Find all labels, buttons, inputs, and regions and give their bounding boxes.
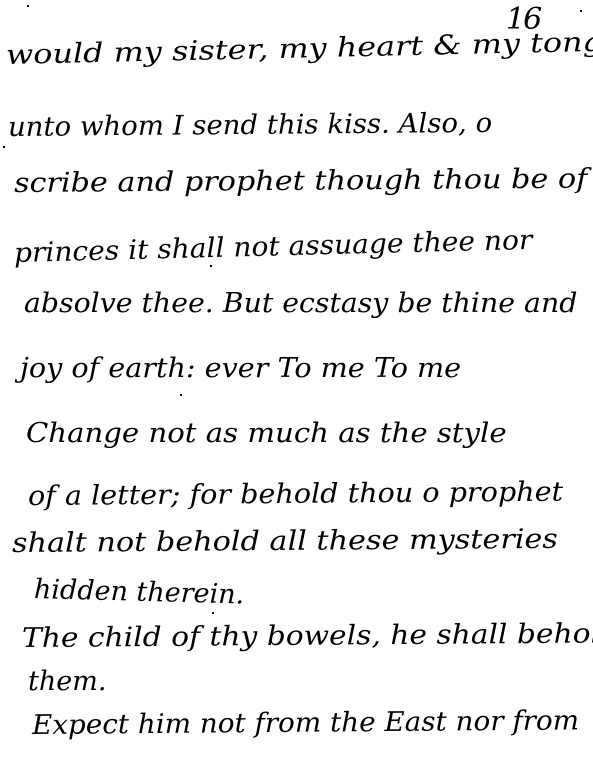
manuscript-line: would my sister, my heart & my tongue, bbox=[6, 28, 593, 69]
manuscript-line: unto whom I send this kiss. Also, o bbox=[8, 110, 492, 141]
manuscript-line: absolve thee. But ecstasy be thine and bbox=[24, 290, 577, 317]
manuscript-line: shalt not behold all these mysteries bbox=[12, 526, 558, 557]
manuscript-line: The child of thy bowels, he shall behold bbox=[22, 620, 593, 652]
manuscript-line: Change not as much as the style bbox=[26, 420, 507, 447]
scan-speck bbox=[212, 612, 214, 614]
manuscript-page: 16 would my sister, my heart & my tongue… bbox=[0, 0, 593, 758]
manuscript-line: of a letter; for behold thou o prophet bbox=[28, 479, 563, 510]
manuscript-line: Expect him not from the East nor from bbox=[32, 707, 579, 739]
scan-speck bbox=[580, 10, 582, 12]
manuscript-line: hidden therein. bbox=[34, 576, 245, 608]
manuscript-line: princes it shall not assuage thee nor bbox=[14, 227, 533, 267]
manuscript-line: joy of earth: ever To me To me bbox=[20, 355, 461, 382]
manuscript-line: them. bbox=[28, 668, 106, 695]
manuscript-line: scribe and prophet though thou be of the bbox=[14, 165, 593, 197]
scan-speck bbox=[27, 5, 29, 7]
scan-speck bbox=[180, 394, 182, 396]
scan-speck bbox=[210, 265, 212, 267]
scan-speck bbox=[3, 146, 5, 148]
